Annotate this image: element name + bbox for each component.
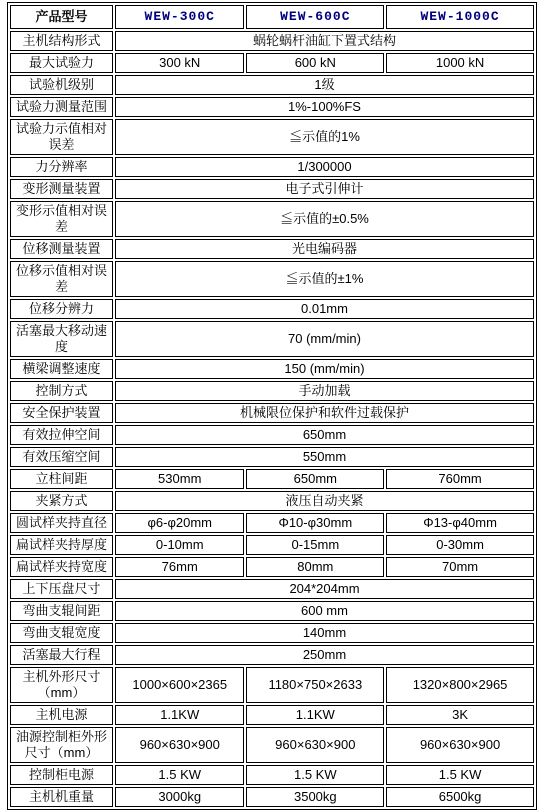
row-value: 3K (386, 705, 534, 725)
row-label: 上下压盘尺寸 (10, 579, 113, 599)
header-model-wew-600c: WEW-600C (246, 5, 384, 29)
row-label: 有效压缩空间 (10, 447, 113, 467)
row-value-span: 1/300000 (115, 157, 534, 177)
row-value: 1.1KW (246, 705, 384, 725)
row-value-span: 1级 (115, 75, 534, 95)
row-value-span: 250mm (115, 645, 534, 665)
spec-row: 变形测量装置电子式引伸计 (10, 179, 534, 199)
row-label: 最大试验力 (10, 53, 113, 73)
row-value-span: 550mm (115, 447, 534, 467)
row-value: Φ10-φ30mm (246, 513, 384, 533)
row-label: 油源控制柜外形尺寸（mm） (10, 727, 113, 763)
row-value: 1.5 KW (246, 765, 384, 785)
row-label: 扁试样夹持宽度 (10, 557, 113, 577)
spec-row: 主机电源1.1KW1.1KW3K (10, 705, 534, 725)
row-label: 力分辨率 (10, 157, 113, 177)
row-value: 1.5 KW (115, 765, 245, 785)
row-value: 760mm (386, 469, 534, 489)
row-label: 弯曲支辊宽度 (10, 623, 113, 643)
spec-row: 安全保护装置机械限位保护和软件过载保护 (10, 403, 534, 423)
spec-row: 主机机重量3000kg3500kg6500kg (10, 787, 534, 807)
row-value-span: 手动加载 (115, 381, 534, 401)
spec-row: 弯曲支辊间距600 mm (10, 601, 534, 621)
row-value-span: 光电编码器 (115, 239, 534, 259)
row-value: 0-30mm (386, 535, 534, 555)
row-label: 试验力测量范围 (10, 97, 113, 117)
row-label: 安全保护装置 (10, 403, 113, 423)
spec-table-body: 产品型号 WEW-300C WEW-600C WEW-1000C 主机结构形式蜗… (10, 5, 534, 807)
row-label: 主机结构形式 (10, 31, 113, 51)
row-value: 1.5 KW (386, 765, 534, 785)
spec-row: 立柱间距530mm650mm760mm (10, 469, 534, 489)
spec-row: 扁试样夹持宽度76mm80mm70mm (10, 557, 534, 577)
spec-row: 横梁调整速度150 (mm/min) (10, 359, 534, 379)
spec-row: 最大试验力300 kN600 kN1000 kN (10, 53, 534, 73)
row-value: 76mm (115, 557, 245, 577)
spec-row: 试验力示值相对误差≦示值的1% (10, 119, 534, 155)
row-label: 立柱间距 (10, 469, 113, 489)
row-value-span: 70 (mm/min) (115, 321, 534, 357)
row-value-span: ≦示值的±0.5% (115, 201, 534, 237)
row-label: 控制柜电源 (10, 765, 113, 785)
row-value: 960×630×900 (115, 727, 245, 763)
row-value-span: 150 (mm/min) (115, 359, 534, 379)
row-value-span: ≦示值的1% (115, 119, 534, 155)
spec-page: 产品型号 WEW-300C WEW-600C WEW-1000C 主机结构形式蜗… (0, 0, 558, 810)
row-value: 6500kg (386, 787, 534, 807)
spec-row: 位移测量装置光电编码器 (10, 239, 534, 259)
row-value-span: 液压自动夹紧 (115, 491, 534, 511)
row-value: 600 kN (246, 53, 384, 73)
header-model-wew-300c: WEW-300C (115, 5, 245, 29)
row-label: 变形测量装置 (10, 179, 113, 199)
row-label: 有效拉伸空间 (10, 425, 113, 445)
spec-row: 夹紧方式液压自动夹紧 (10, 491, 534, 511)
row-value-span: 0.01mm (115, 299, 534, 319)
spec-row: 活塞最大移动速度70 (mm/min) (10, 321, 534, 357)
row-label: 活塞最大移动速度 (10, 321, 113, 357)
spec-row: 主机外形尺寸（mm）1000×600×23651180×750×26331320… (10, 667, 534, 703)
row-value: 1320×800×2965 (386, 667, 534, 703)
row-value: 300 kN (115, 53, 245, 73)
spec-row: 有效压缩空间550mm (10, 447, 534, 467)
header-model-wew-1000c: WEW-1000C (386, 5, 534, 29)
row-value: 0-10mm (115, 535, 245, 555)
row-value-span: 蜗轮蜗杆油缸下置式结构 (115, 31, 534, 51)
row-value: 960×630×900 (386, 727, 534, 763)
spec-row: 主机结构形式蜗轮蜗杆油缸下置式结构 (10, 31, 534, 51)
spec-row: 试验力测量范围1%-100%FS (10, 97, 534, 117)
row-value: φ6-φ20mm (115, 513, 245, 533)
spec-row: 试验机级别1级 (10, 75, 534, 95)
row-value-span: 204*204mm (115, 579, 534, 599)
spec-row: 扁试样夹持厚度0-10mm0-15mm0-30mm (10, 535, 534, 555)
row-value: 0-15mm (246, 535, 384, 555)
spec-row: 变形示值相对误差≦示值的±0.5% (10, 201, 534, 237)
row-value-span: ≦示值的±1% (115, 261, 534, 297)
header-row: 产品型号 WEW-300C WEW-600C WEW-1000C (10, 5, 534, 29)
row-label: 主机电源 (10, 705, 113, 725)
row-value-span: 140mm (115, 623, 534, 643)
row-value: 650mm (246, 469, 384, 489)
row-value: 3500kg (246, 787, 384, 807)
spec-row: 控制柜电源1.5 KW1.5 KW1.5 KW (10, 765, 534, 785)
row-label: 圆试样夹持直径 (10, 513, 113, 533)
row-label: 位移分辨力 (10, 299, 113, 319)
row-label: 夹紧方式 (10, 491, 113, 511)
row-value-span: 电子式引伸计 (115, 179, 534, 199)
header-product-model-label: 产品型号 (10, 5, 113, 29)
row-value: 70mm (386, 557, 534, 577)
row-label: 主机外形尺寸（mm） (10, 667, 113, 703)
row-value-span: 600 mm (115, 601, 534, 621)
spec-row: 有效拉伸空间650mm (10, 425, 534, 445)
row-value: 1000×600×2365 (115, 667, 245, 703)
row-label: 位移测量装置 (10, 239, 113, 259)
row-value: 960×630×900 (246, 727, 384, 763)
row-label: 活塞最大行程 (10, 645, 113, 665)
row-label: 控制方式 (10, 381, 113, 401)
spec-row: 圆试样夹持直径φ6-φ20mmΦ10-φ30mmΦ13-φ40mm (10, 513, 534, 533)
row-value-span: 1%-100%FS (115, 97, 534, 117)
spec-row: 活塞最大行程250mm (10, 645, 534, 665)
row-label: 试验机级别 (10, 75, 113, 95)
row-value-span: 机械限位保护和软件过载保护 (115, 403, 534, 423)
row-label: 试验力示值相对误差 (10, 119, 113, 155)
row-value-span: 650mm (115, 425, 534, 445)
spec-row: 控制方式手动加载 (10, 381, 534, 401)
row-value: 80mm (246, 557, 384, 577)
spec-row: 弯曲支辊宽度140mm (10, 623, 534, 643)
spec-row: 油源控制柜外形尺寸（mm）960×630×900960×630×900960×6… (10, 727, 534, 763)
row-label: 弯曲支辊间距 (10, 601, 113, 621)
row-value: 1.1KW (115, 705, 245, 725)
row-value: Φ13-φ40mm (386, 513, 534, 533)
row-label: 变形示值相对误差 (10, 201, 113, 237)
spec-row: 上下压盘尺寸204*204mm (10, 579, 534, 599)
row-label: 主机机重量 (10, 787, 113, 807)
spec-row: 位移示值相对误差≦示值的±1% (10, 261, 534, 297)
row-value: 1180×750×2633 (246, 667, 384, 703)
spec-row: 位移分辨力0.01mm (10, 299, 534, 319)
row-value: 530mm (115, 469, 245, 489)
row-label: 横梁调整速度 (10, 359, 113, 379)
spec-table: 产品型号 WEW-300C WEW-600C WEW-1000C 主机结构形式蜗… (7, 2, 537, 810)
row-value: 3000kg (115, 787, 245, 807)
row-value: 1000 kN (386, 53, 534, 73)
spec-row: 力分辨率1/300000 (10, 157, 534, 177)
row-label: 位移示值相对误差 (10, 261, 113, 297)
row-label: 扁试样夹持厚度 (10, 535, 113, 555)
